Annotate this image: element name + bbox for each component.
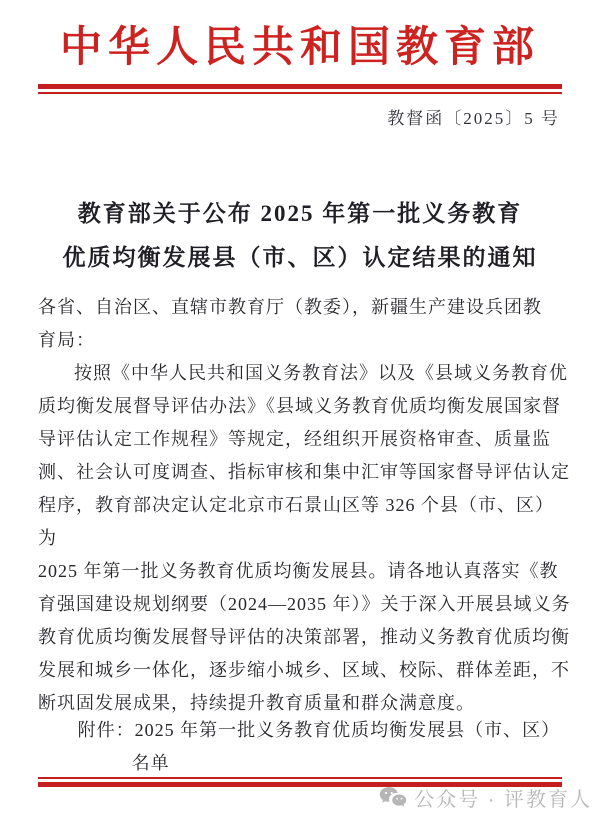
attachment-continuation: 名单	[132, 747, 572, 780]
letterhead-rule	[38, 84, 562, 94]
watermark: 公众号 · 评教育人	[379, 783, 592, 812]
attachment-note: 附件：2025 年第一批义务教育优质均衡发展县（市、区） 名单	[38, 714, 572, 780]
main-paragraph: 按照《中华人民共和国义务教育法》以及《县域义务教育优 质均衡发展督导评估办法》《…	[38, 357, 572, 720]
attachment-label: 附件：2025 年第一批义务教育优质均衡发展县（市、区）	[78, 714, 572, 747]
letterhead-org-name: 中华人民共和国教育部	[0, 14, 600, 74]
letterhead-rule-thin	[38, 92, 562, 94]
doc-body: 各省、自治区、直辖市教育厅（教委），新疆生产建设兵团教 育局： 按照《中华人民共…	[38, 291, 572, 720]
salutation-paragraph: 各省、自治区、直辖市教育厅（教委），新疆生产建设兵团教 育局：	[38, 291, 572, 357]
watermark-text: 公众号 · 评教育人	[414, 783, 592, 812]
wechat-icon	[379, 786, 407, 810]
official-notice-document: 中华人民共和国教育部 教督函〔2025〕5 号 教育部关于公布 2025 年第一…	[0, 0, 600, 818]
doc-title: 教育部关于公布 2025 年第一批义务教育 优质均衡发展县（市、区）认定结果的通…	[0, 192, 600, 280]
doc-reference-number: 教督函〔2025〕5 号	[387, 104, 560, 129]
